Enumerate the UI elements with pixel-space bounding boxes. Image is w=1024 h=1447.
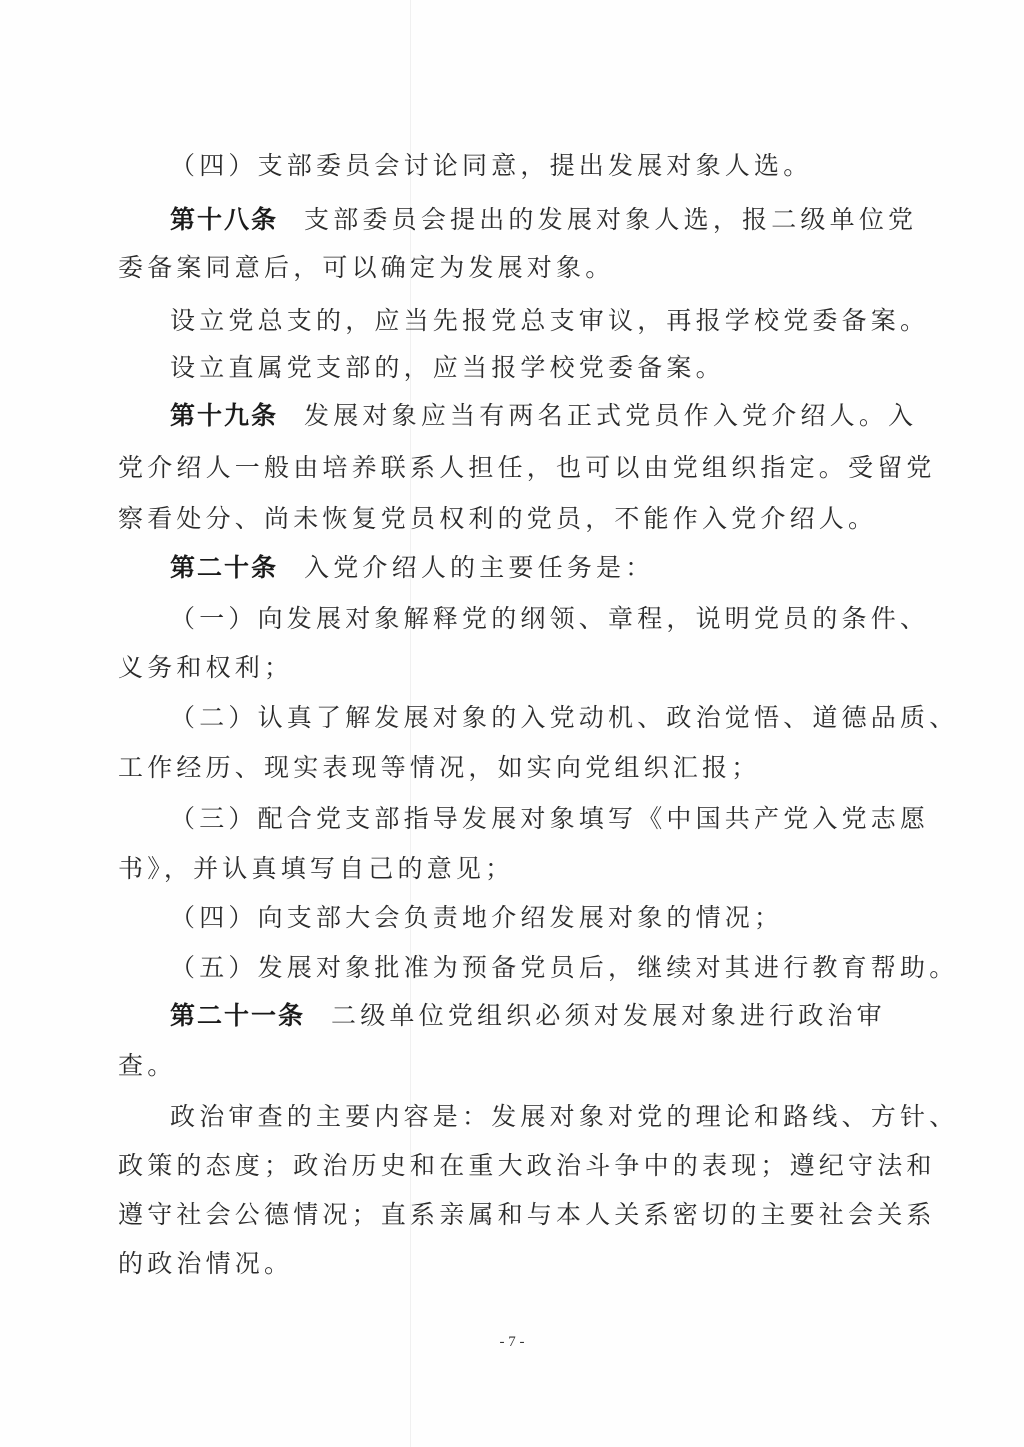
paragraph-line: 委备案同意后，可以确定为发展对象。 <box>118 252 908 284</box>
line-text: 查。 <box>118 1051 176 1080</box>
line-text: （三）配合党支部指导发展对象填写《中国共产党入党志愿 <box>170 804 929 833</box>
line-text: 委备案同意后，可以确定为发展对象。 <box>118 253 614 282</box>
line-text: 入党介绍人的主要任务是： <box>304 553 654 582</box>
line-text: 政治审查的主要内容是：发展对象对党的理论和路线、方针、 <box>170 1102 958 1131</box>
paragraph-line: 书》，并认真填写自己的意见； <box>118 853 908 885</box>
paragraph-line: 设立党总支的，应当先报党总支审议，再报学校党委备案。 <box>170 305 960 337</box>
paragraph-line: 义务和权利； <box>118 652 908 684</box>
line-text: （四）向支部大会负责地介绍发展对象的情况； <box>170 903 783 932</box>
paragraph-line: 设立直属党支部的，应当报学校党委备案。 <box>170 352 960 384</box>
line-text: 工作经历、现实表现等情况，如实向党组织汇报； <box>118 753 760 782</box>
article-18-heading-line: 第十八条支部委员会提出的发展对象人选，报二级单位党 <box>170 204 960 236</box>
line-text: （四）支部委员会讨论同意，提出发展对象人选。 <box>170 151 812 180</box>
list-item-line: （五）发展对象批准为预备党员后，继续对其进行教育帮助。 <box>170 952 960 984</box>
line-text: 设立党总支的，应当先报党总支审议，再报学校党委备案。 <box>170 306 929 335</box>
paragraph-line: 的政治情况。 <box>118 1248 908 1280</box>
list-item-line: （二）认真了解发展对象的入党动机、政治觉悟、道德品质、 <box>170 702 960 734</box>
article-20-heading-line: 第二十条入党介绍人的主要任务是： <box>170 552 960 584</box>
line-text: 支部委员会提出的发展对象人选，报二级单位党 <box>304 205 917 234</box>
line-text: （一）向发展对象解释党的纲领、章程，说明党员的条件、 <box>170 604 929 633</box>
article-label: 第二十条 <box>170 553 278 582</box>
list-item-line: （一）向发展对象解释党的纲领、章程，说明党员的条件、 <box>170 603 960 635</box>
page-number: - 7 - <box>0 1334 1024 1351</box>
line-text: 的政治情况。 <box>118 1249 293 1278</box>
paragraph-line: （四）支部委员会讨论同意，提出发展对象人选。 <box>170 150 960 182</box>
article-label: 第十八条 <box>170 205 278 234</box>
line-text: 书》，并认真填写自己的意见； <box>118 854 514 883</box>
paragraph-line: 察看处分、尚未恢复党员权利的党员，不能作入党介绍人。 <box>118 503 908 535</box>
list-item-line: （三）配合党支部指导发展对象填写《中国共产党入党志愿 <box>170 803 960 835</box>
article-label: 第二十一条 <box>170 1001 305 1030</box>
line-text: 遵守社会公德情况；直系亲属和与本人关系密切的主要社会关系 <box>118 1200 936 1229</box>
line-text: 党介绍人一般由培养联系人担任，也可以由党组织指定。受留党 <box>118 453 936 482</box>
article-19-heading-line: 第十九条发展对象应当有两名正式党员作入党介绍人。入 <box>170 400 960 432</box>
line-text: 察看处分、尚未恢复党员权利的党员，不能作入党介绍人。 <box>118 504 877 533</box>
paragraph-line: 工作经历、现实表现等情况，如实向党组织汇报； <box>118 752 908 784</box>
line-text: 义务和权利； <box>118 653 293 682</box>
line-text: 设立直属党支部的，应当报学校党委备案。 <box>170 353 725 382</box>
line-text: （二）认真了解发展对象的入党动机、政治觉悟、道德品质、 <box>170 703 958 732</box>
line-text: （五）发展对象批准为预备党员后，继续对其进行教育帮助。 <box>170 953 958 982</box>
article-21-heading-line: 第二十一条二级单位党组织必须对发展对象进行政治审 <box>170 1000 960 1032</box>
line-text: 政策的态度；政治历史和在重大政治斗争中的表现；遵纪守法和 <box>118 1151 936 1180</box>
paragraph-line: 政策的态度；政治历史和在重大政治斗争中的表现；遵纪守法和 <box>118 1150 908 1182</box>
paragraph-line: 党介绍人一般由培养联系人担任，也可以由党组织指定。受留党 <box>118 452 908 484</box>
list-item-line: （四）向支部大会负责地介绍发展对象的情况； <box>170 902 960 934</box>
line-text: 发展对象应当有两名正式党员作入党介绍人。入 <box>304 401 917 430</box>
paragraph-line: 遵守社会公德情况；直系亲属和与本人关系密切的主要社会关系 <box>118 1199 908 1231</box>
line-text: 二级单位党组织必须对发展对象进行政治审 <box>331 1001 886 1030</box>
article-label: 第十九条 <box>170 401 278 430</box>
paragraph-line: 政治审查的主要内容是：发展对象对党的理论和路线、方针、 <box>170 1101 960 1133</box>
paragraph-line: 查。 <box>118 1050 908 1082</box>
